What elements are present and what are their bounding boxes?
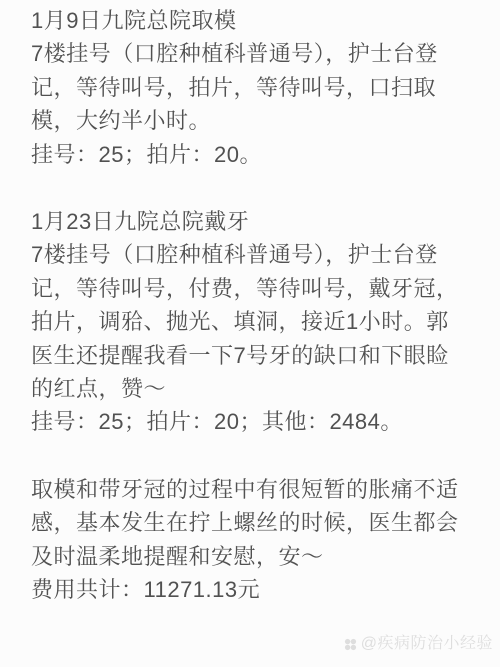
visit-1-body: 7楼挂号（口腔种植科普通号），护士台登 记，等待叫号，拍片，等待叫号，口扫取 模… (31, 37, 493, 137)
note-content: 1月9日九院总院取模 7楼挂号（口腔种植科普通号），护士台登 记，等待叫号，拍片… (31, 4, 493, 641)
clover-icon (343, 637, 358, 652)
visit-1-fees: 挂号：25；拍片：20。 (31, 138, 493, 171)
visit-section-1: 1月9日九院总院取模 7楼挂号（口腔种植科普通号），护士台登 记，等待叫号，拍片… (31, 4, 493, 171)
watermark: @疾病防治小经验 (343, 635, 493, 653)
watermark-text: @疾病防治小经验 (361, 635, 493, 653)
visit-section-2: 1月23日九院总院戴牙 7楼挂号（口腔种植科普通号），护士台登 记，等待叫号，付… (31, 205, 493, 439)
summary-body: 取模和带牙冠的过程中有很短暂的胀痛不适 感，基本发生在拧上螺丝的时候，医生都会 … (31, 473, 493, 573)
visit-2-title: 1月23日九院总院戴牙 (31, 205, 493, 238)
total-cost: 费用共计：11271.13元 (31, 573, 493, 606)
summary-section: 取模和带牙冠的过程中有很短暂的胀痛不适 感，基本发生在拧上螺丝的时候，医生都会 … (31, 473, 493, 607)
visit-1-title: 1月9日九院总院取模 (31, 4, 493, 37)
visit-2-fees: 挂号：25；拍片：20；其他：2484。 (31, 405, 493, 438)
visit-2-body: 7楼挂号（口腔种植科普通号），护士台登 记，等待叫号，付费，等待叫号，戴牙冠， … (31, 238, 493, 405)
